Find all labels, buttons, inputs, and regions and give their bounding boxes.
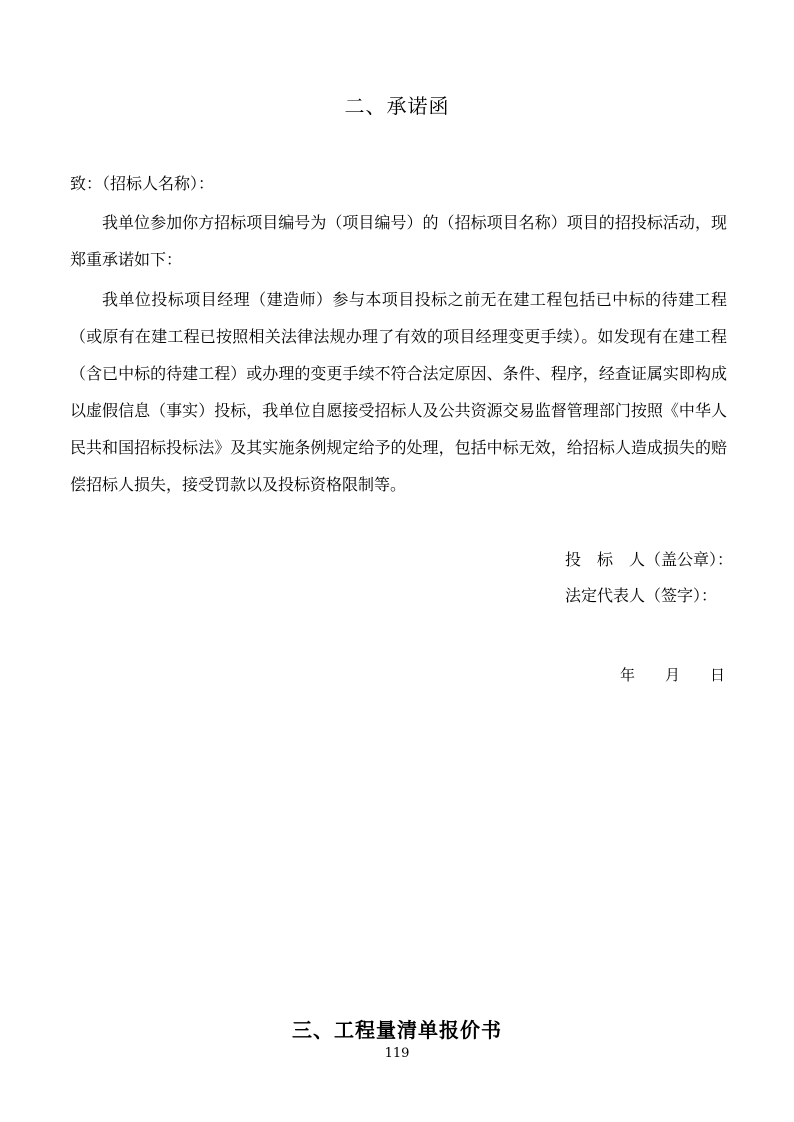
document-page: 二、承诺函 致：（招标人名称）： 我单位参加你方招标项目编号为（项目编号）的（招… xyxy=(0,0,794,1122)
paragraph-intro: 我单位参加你方招标项目编号为（项目编号）的（招标项目名称）项目的招投标活动，现郑… xyxy=(70,204,727,278)
section-title: 二、承诺函 xyxy=(0,90,794,119)
page-number: 119 xyxy=(0,1046,794,1061)
paragraph-commitment: 我单位投标项目经理（建造师）参与本项目投标之前无在建工程包括已中标的待建工程（或… xyxy=(70,281,727,503)
next-section-title: 三、工程量清单报价书 xyxy=(0,1014,794,1043)
salutation-line: 致：（招标人名称）： xyxy=(70,174,727,194)
bidder-signature-label: 投 标 人（盖公章）： xyxy=(565,550,733,570)
legal-representative-signature-label: 法定代表人（签字）： xyxy=(565,586,717,606)
date-line: 年 月 日 xyxy=(620,665,725,685)
